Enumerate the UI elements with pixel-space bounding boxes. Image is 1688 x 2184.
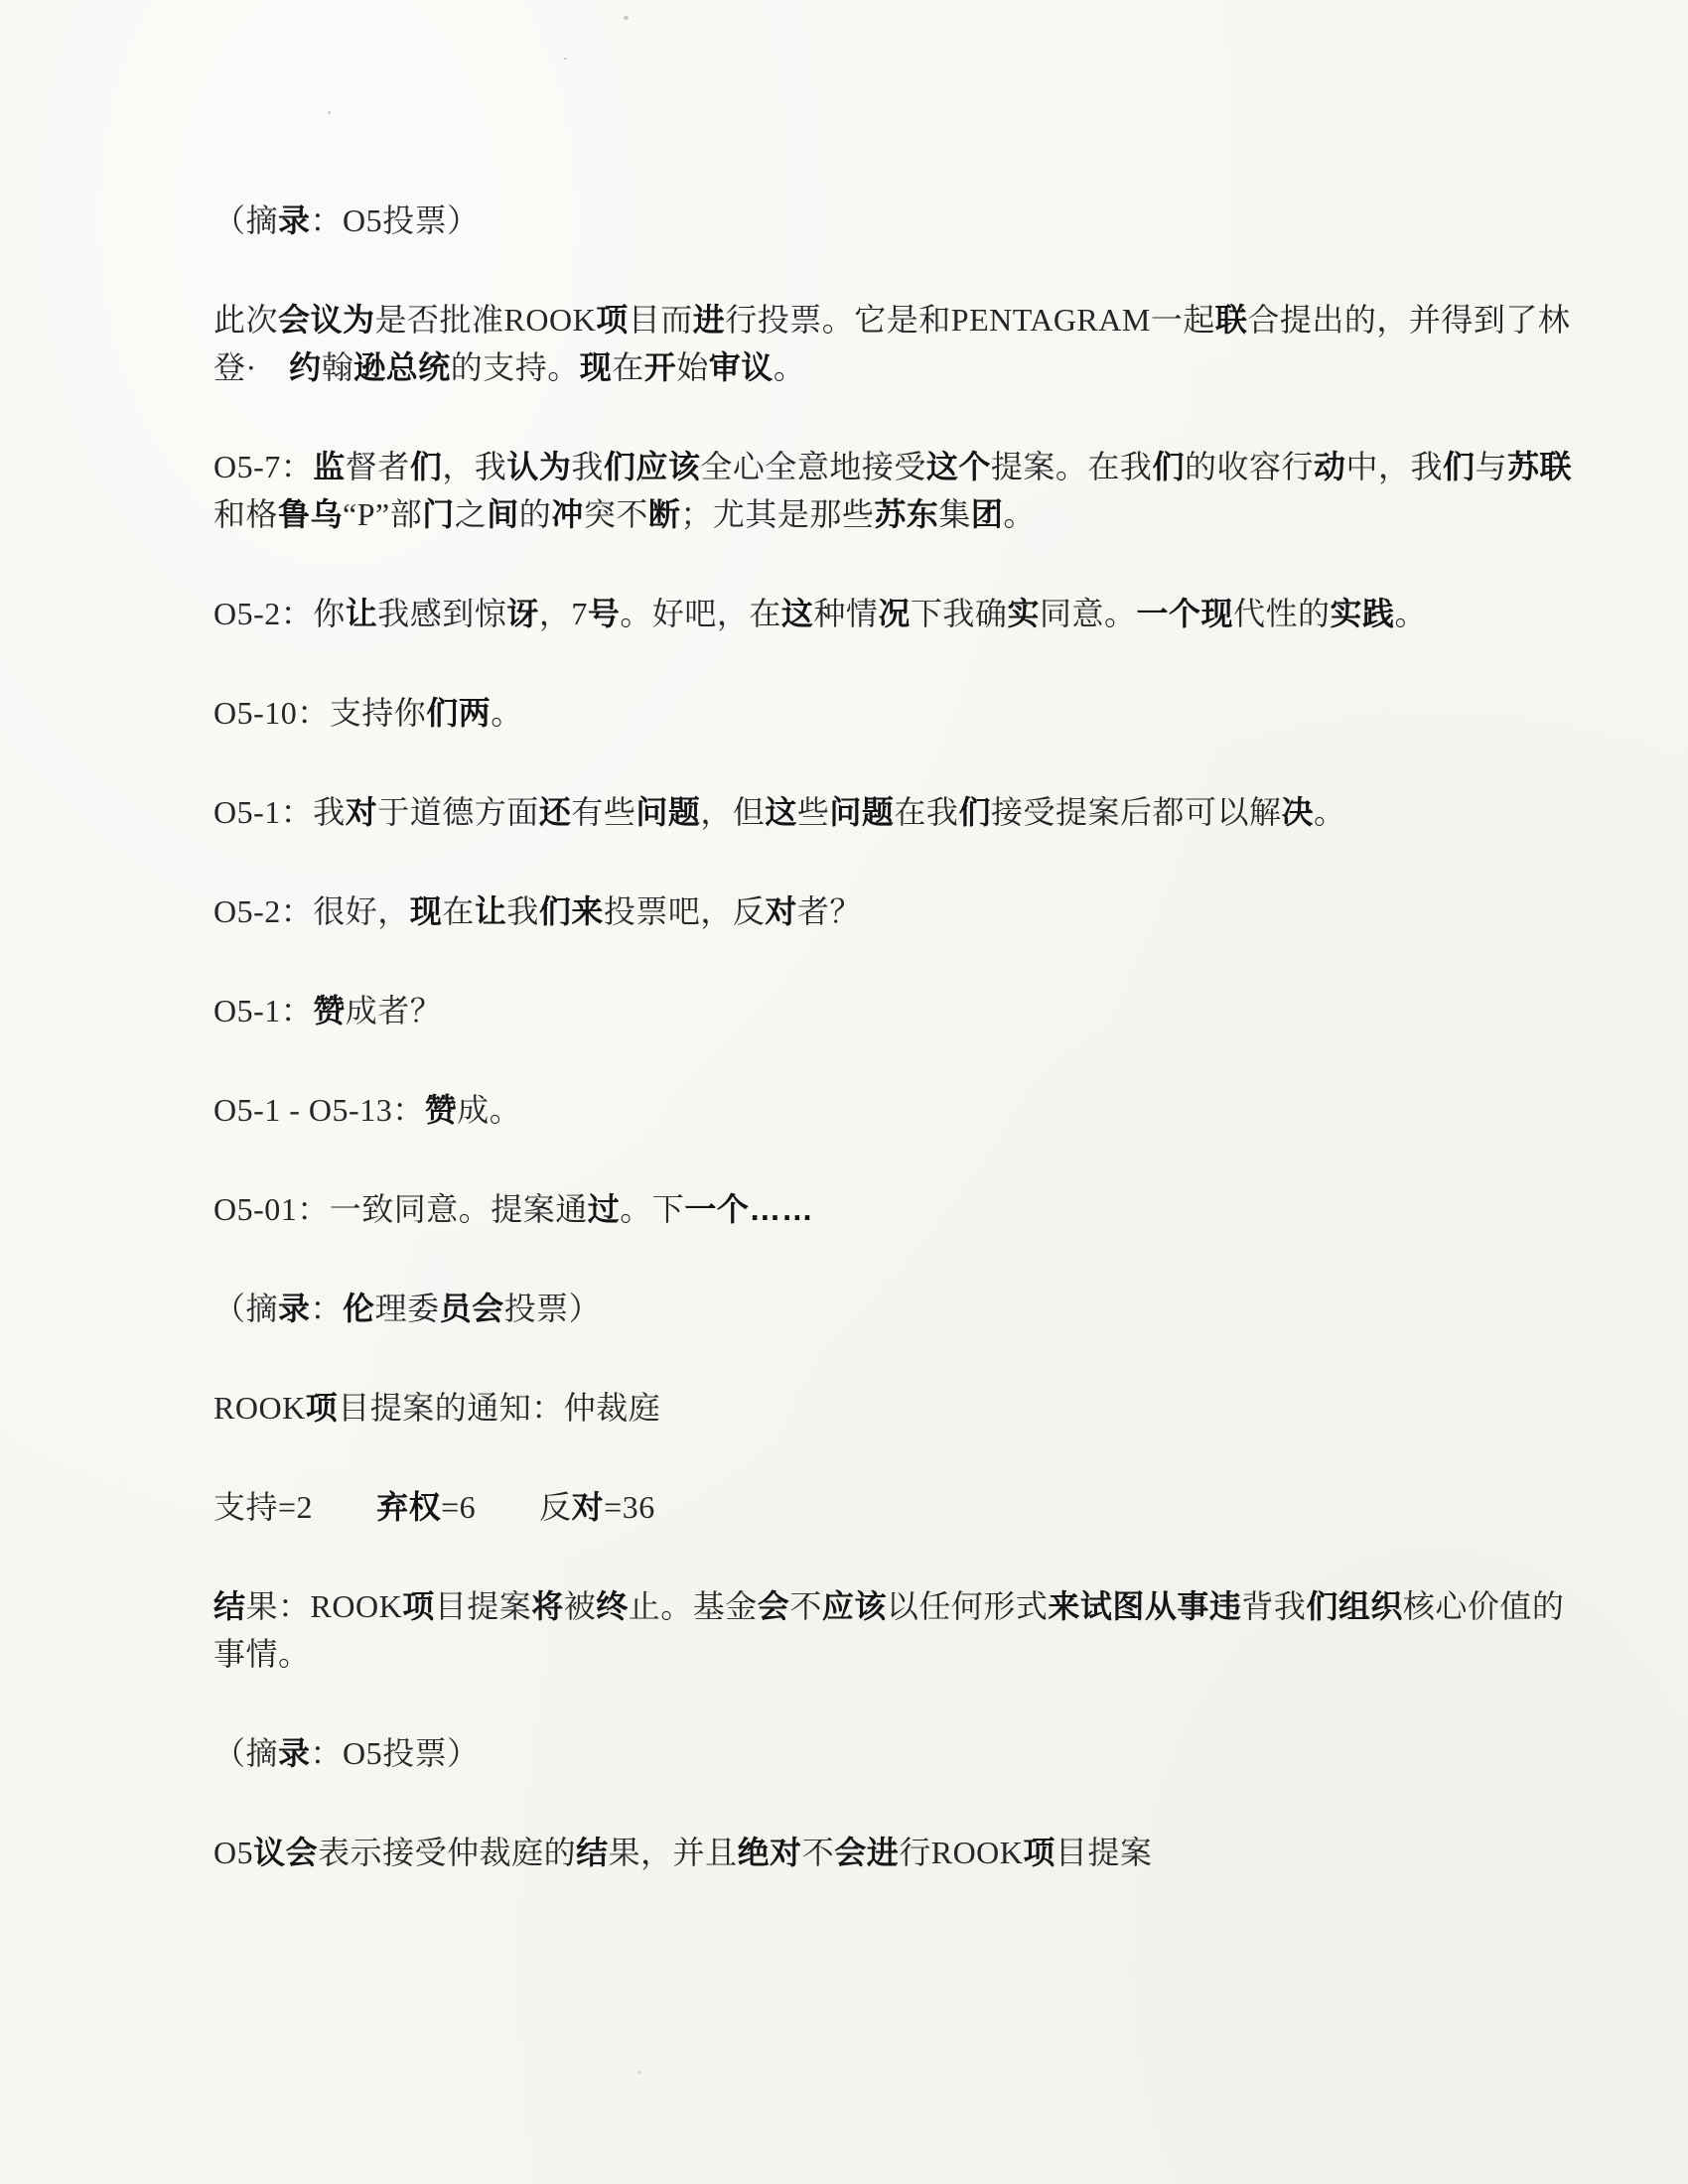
text-segment: 让 [346,596,378,631]
text-segment: 中，我 [1345,449,1443,484]
text-segment: 苏联 [1507,449,1572,484]
text-segment: 之 [455,496,488,532]
text-segment: 项 [306,1390,339,1426]
text-segment: 与 [1476,449,1508,484]
text-segment: 将 [531,1588,564,1624]
text-segment: 们 [1152,449,1185,484]
text-segment: 这个 [926,449,991,484]
text-segment: ：O5投票） [311,1735,480,1771]
text-segment: 的收容行 [1185,449,1314,484]
text-segment: =36 [604,1489,655,1525]
text-segment: O5-2：很好， [213,893,410,929]
text-segment: 行投票。它是和PENTAGRAM一起 [725,302,1215,338]
text-segment: 录 [278,1735,311,1771]
text-segment: 团 [971,496,1004,532]
text-segment: 审议 [709,349,774,385]
text-segment: “P”部 [343,496,422,532]
text-segment: 终 [596,1588,629,1624]
text-segment: 于道德方面 [377,794,539,830]
o5-10-statement: O5-10：支持你们两。 [213,689,1604,737]
text-segment: 实 [1007,596,1040,631]
text-segment: 断 [648,496,681,532]
text-segment: 们 [1443,449,1476,484]
excerpt-header-o5-vote-2: （摘录：O5投票） [213,1729,1604,1777]
text-segment: 。 [1314,794,1346,830]
text-segment: 不 [789,1588,822,1624]
text-segment: 应该 [822,1588,887,1624]
text-segment: 伦 [343,1291,375,1326]
text-segment: 问题 [829,794,894,830]
text-segment: 员会 [440,1291,504,1326]
text-segment: 背我 [1241,1588,1306,1624]
text-segment: 门 [422,496,455,532]
text-segment: 结 [576,1835,609,1870]
text-segment: 录 [278,1291,311,1326]
text-segment: 行ROOK [899,1835,1023,1870]
text-segment: 事情。 [213,1636,311,1672]
scan-speck [637,2071,641,2074]
text-segment: 对 [572,1489,605,1525]
vote-tally: 支持=2弃权=6反对=36 [213,1483,1604,1531]
text-segment: 这 [765,794,797,830]
o5-2-vote-call: O5-2：很好，现在让我们来投票吧，反对者？ [213,887,1604,935]
text-segment: 督者 [346,449,410,484]
text-segment: O5 [213,1835,253,1870]
text-segment: 会议为 [278,302,375,338]
text-segment: 约 [289,349,322,385]
text-segment: ；尤其是那些 [680,496,874,532]
text-segment: 表示接受仲裁庭的 [318,1835,576,1870]
text-segment: 投票吧，反 [604,893,766,929]
o5-council-response: O5议会表示接受仲裁庭的结果，并且绝对不会进行ROOK项目提案 [213,1829,1604,1876]
text-segment: 我 [506,893,539,929]
text-segment: 以任何形式 [887,1588,1049,1624]
text-segment: 此次 [213,302,278,338]
text-segment: 全心全意地接受 [700,449,926,484]
text-segment: 目提案 [435,1588,532,1624]
text-segment: 登· [213,349,289,385]
excerpt-header-o5-vote: （摘录：O5投票） [213,197,1604,244]
text-segment: 果：ROOK [246,1588,403,1624]
text-segment: 在 [442,893,475,929]
text-segment: 监 [313,449,346,484]
text-segment: 实践 [1331,596,1395,631]
text-segment: 让 [475,893,507,929]
text-segment: （摘 [213,1735,278,1771]
text-segment: 号 [588,596,621,631]
text-segment: 下我确 [911,596,1008,631]
text-segment: 我 [571,449,604,484]
text-segment: 的支持。 [451,349,580,385]
o5-2-statement: O5-2：你让我感到惊讶，7号。好吧，在这种情况下我确实同意。一个现代性的实践。 [213,590,1604,637]
o5-01-result: O5-01：一致同意。提案通过。下一个…… [213,1185,1604,1233]
meeting-intro: 此次会议为是否批准ROOK项目而进行投票。它是和PENTAGRAM一起联合提出的… [213,296,1604,391]
text-segment: =6 [441,1489,476,1525]
text-segment: 们应该 [604,449,701,484]
text-segment: 开 [644,349,677,385]
text-segment: 问题 [635,794,700,830]
text-segment: 苏东 [874,496,938,532]
text-segment: 成者？ [346,993,443,1028]
text-segment: 一个…… [684,1191,813,1227]
text-segment: 同意。 [1040,596,1137,631]
text-segment: ，我 [442,449,506,484]
text-segment: 现 [580,349,613,385]
o5-7-statement: O5-7：监督者们，我认为我们应该全心全意地接受这个提案。在我们的收容行动中，我… [213,443,1604,538]
text-segment: 还 [539,794,572,830]
rook-notice: ROOK项目提案的通知：仲裁庭 [213,1384,1604,1432]
text-segment: 们来 [539,893,604,929]
text-segment: 种情 [813,596,878,631]
scan-speck [328,111,331,114]
text-segment: 冲 [551,496,584,532]
text-segment: 们 [958,794,991,830]
text-segment: 些 [797,794,830,830]
text-segment: 。好吧，在 [620,596,781,631]
text-segment: 代性的 [1233,596,1331,631]
text-segment: 在我 [894,794,958,830]
text-segment: 间 [487,496,519,532]
text-segment: 对 [765,893,797,929]
text-segment: 鲁乌 [278,496,343,532]
text-segment: O5-10：支持你 [213,695,426,731]
text-segment: 在 [612,349,644,385]
text-segment: 联 [1215,302,1248,338]
text-segment: 。 [1003,496,1036,532]
text-segment: 况 [878,596,911,631]
text-segment: 赞 [425,1092,458,1128]
text-segment: 过 [588,1191,621,1227]
text-segment: 。 [1395,596,1428,631]
o5-range-vote: O5-1 - O5-13：赞成。 [213,1086,1604,1134]
text-segment: 弃权 [376,1489,441,1525]
text-segment: 对 [346,794,378,830]
text-segment: 接受提案后都可以解 [991,794,1282,830]
text-segment: 的 [519,496,552,532]
text-segment: 翰 [322,349,354,385]
text-segment: 者？ [797,893,862,929]
text-segment: 止。基金 [629,1588,758,1624]
text-segment: 这 [781,596,814,631]
text-segment: 果，并且 [609,1835,738,1870]
text-segment: 是否批准ROOK [375,302,597,338]
text-segment: 会进 [834,1835,899,1870]
text-segment: 始 [676,349,709,385]
excerpt-header-ethics-committee: （摘录：伦理委员会投票） [213,1285,1604,1332]
text-segment: 来试图从事 [1048,1588,1209,1624]
text-segment: 们 [410,449,443,484]
text-segment: O5-2：你 [213,596,346,631]
text-segment: 。 [491,695,523,731]
text-segment: 提案。在我 [991,449,1153,484]
scan-speck [624,16,629,20]
text-segment: 核心价值的 [1403,1588,1565,1624]
text-segment: 绝对 [738,1835,802,1870]
text-segment: 被 [564,1588,597,1624]
text-segment: 结 [213,1588,246,1624]
text-segment: 认为 [506,449,571,484]
text-segment: 进 [693,302,726,338]
o5-1-vote-call: O5-1：赞成者？ [213,987,1604,1034]
text-segment: 赞 [313,993,346,1028]
text-segment: 动 [1314,449,1346,484]
text-segment: 。下 [620,1191,684,1227]
text-segment: 。 [774,349,806,385]
text-segment: O5-01：一致同意。提案通 [213,1191,588,1227]
text-segment: 合提出的，并得到了林 [1247,302,1570,338]
text-segment: 议会 [253,1835,318,1870]
text-segment: 目而 [629,302,693,338]
text-segment: ： [311,1291,344,1326]
text-segment: O5-1： [213,993,313,1028]
text-segment: ：O5投票） [311,203,480,238]
text-segment: 目提案 [1055,1835,1153,1870]
text-segment: （摘 [213,1291,278,1326]
text-segment: 和格 [213,496,278,532]
scanned-document-page: （摘录：O5投票）此次会议为是否批准ROOK项目而进行投票。它是和PENTAGR… [0,0,1688,2184]
text-segment: ROOK [213,1390,306,1426]
text-segment: O5-7： [213,449,313,484]
text-segment: O5-1 - O5-13： [213,1092,425,1128]
text-segment: 项 [596,302,629,338]
text-segment: 不 [802,1835,835,1870]
text-segment: ，7 [539,596,588,631]
text-segment: 现 [410,893,443,929]
tribunal-result: 结果：ROOK项目提案将被终止。基金会不应该以任何形式来试图从事违背我们组织核心… [213,1582,1604,1678]
text-segment: 们组织 [1306,1588,1403,1624]
text-segment: （摘 [213,203,278,238]
text-segment: 我感到惊 [377,596,506,631]
text-segment: 反 [539,1489,572,1525]
text-segment: O5-1：我 [213,794,346,830]
text-segment: ，但 [700,794,765,830]
text-segment: 逊总统 [353,349,451,385]
text-segment: 投票） [504,1291,602,1326]
text-segment: 集 [938,496,971,532]
text-segment: 决 [1281,794,1314,830]
scan-speck [564,58,567,60]
text-segment: 支持=2 [213,1489,313,1525]
text-segment: 会 [758,1588,790,1624]
text-segment: 一个现 [1136,596,1233,631]
text-segment: 录 [278,203,311,238]
o5-1-statement: O5-1：我对于道德方面还有些问题，但这些问题在我们接受提案后都可以解决。 [213,788,1604,836]
text-segment: 理委 [375,1291,440,1326]
document-content: （摘录：O5投票）此次会议为是否批准ROOK项目而进行投票。它是和PENTAGR… [213,197,1604,1928]
text-segment: 有些 [571,794,635,830]
text-segment: 违 [1209,1588,1242,1624]
text-segment: 项 [1023,1835,1055,1870]
text-segment: 突不 [584,496,648,532]
text-segment: 成。 [457,1092,521,1128]
text-segment: 项 [402,1588,435,1624]
text-segment: 讶 [506,596,539,631]
text-segment: 们两 [426,695,491,731]
text-segment: 目提案的通知：仲裁庭 [338,1390,660,1426]
